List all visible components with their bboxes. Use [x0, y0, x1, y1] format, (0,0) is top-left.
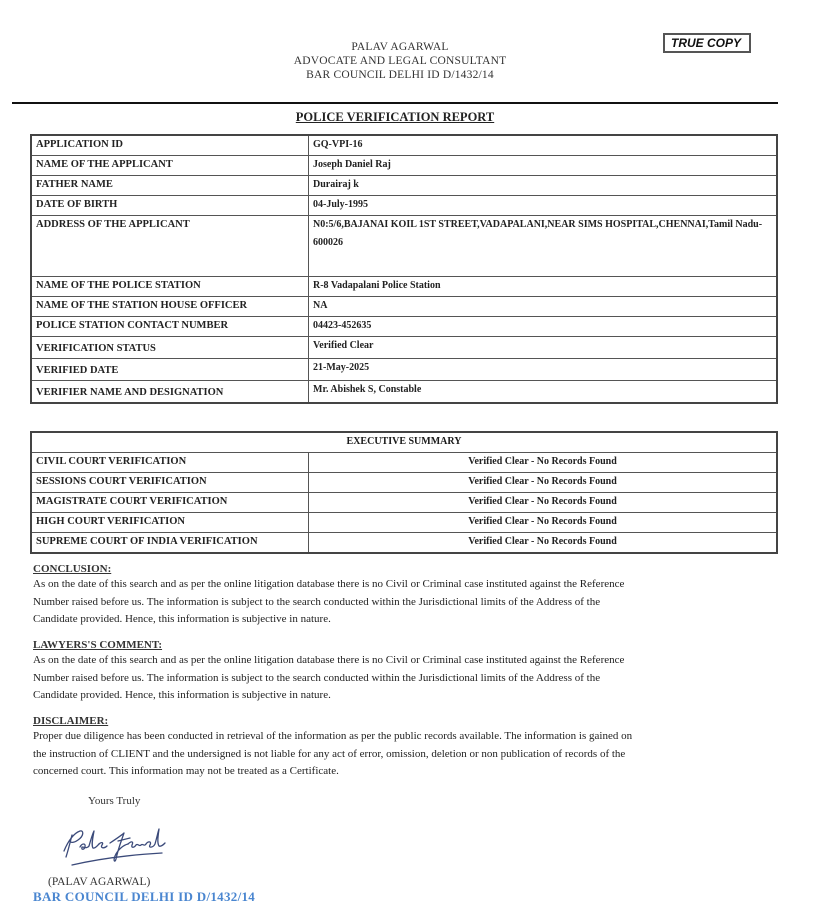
conclusion-line: As on the date of this search and as per… [33, 576, 793, 594]
table-row: SUPREME COURT OF INDIA VERIFICATIONVerif… [31, 533, 777, 554]
comment-line: As on the date of this search and as per… [33, 652, 793, 670]
row-value: Durairaj k [309, 176, 778, 196]
row-label: POLICE STATION CONTACT NUMBER [31, 317, 309, 337]
row-label: CIVIL COURT VERIFICATION [31, 453, 309, 473]
executive-summary-table: EXECUTIVE SUMMARY CIVIL COURT VERIFICATI… [30, 431, 778, 554]
row-label: VERIFICATION STATUS [31, 337, 309, 359]
row-label: VERIFIED DATE [31, 359, 309, 381]
table-row: NAME OF THE STATION HOUSE OFFICERNA [31, 297, 777, 317]
conclusion-title: CONCLUSION: [33, 562, 793, 576]
table-row: FATHER NAMEDurairaj k [31, 176, 777, 196]
row-value: Verified Clear - No Records Found [309, 473, 778, 493]
table-row: DATE OF BIRTH04-July-1995 [31, 196, 777, 216]
table-row: VERIFIED DATE21-May-2025 [31, 359, 777, 381]
letterhead-title: ADVOCATE AND LEGAL CONSULTANT [260, 54, 540, 68]
row-label: NAME OF THE STATION HOUSE OFFICER [31, 297, 309, 317]
header-divider [12, 102, 778, 104]
table-row: MAGISTRATE COURT VERIFICATIONVerified Cl… [31, 493, 777, 513]
applicant-details-table: APPLICATION IDGQ-VPI-16 NAME OF THE APPL… [30, 134, 778, 404]
conclusion-line: Number raised before us. The information… [33, 594, 793, 612]
row-value: 21-May-2025 [309, 359, 778, 381]
signatory-bar-id: BAR COUNCIL DELHI ID D/1432/14 [33, 889, 255, 905]
row-label: MAGISTRATE COURT VERIFICATION [31, 493, 309, 513]
comment-title: LAWYERS'S COMMENT: [33, 638, 793, 652]
disclaimer-title: DISCLAIMER: [33, 714, 793, 728]
table-row: SESSIONS COURT VERIFICATIONVerified Clea… [31, 473, 777, 493]
row-value: Joseph Daniel Raj [309, 156, 778, 176]
row-label: DATE OF BIRTH [31, 196, 309, 216]
disclaimer-line: concerned court. This information may no… [33, 763, 793, 781]
summary-header: EXECUTIVE SUMMARY [31, 432, 777, 453]
row-value: Verified Clear [309, 337, 778, 359]
row-label: NAME OF THE APPLICANT [31, 156, 309, 176]
row-value: GQ-VPI-16 [309, 135, 778, 156]
row-value: N0:5/6,BAJANAI KOIL 1ST STREET,VADAPALAN… [309, 216, 778, 277]
table-row: NAME OF THE POLICE STATIONR-8 Vadapalani… [31, 277, 777, 297]
row-value: 04423-452635 [309, 317, 778, 337]
row-value: Verified Clear - No Records Found [309, 493, 778, 513]
letterhead-name: PALAV AGARWAL [260, 40, 540, 54]
row-label: HIGH COURT VERIFICATION [31, 513, 309, 533]
true-copy-stamp: TRUE COPY [663, 33, 751, 53]
row-label: FATHER NAME [31, 176, 309, 196]
row-value: Verified Clear - No Records Found [309, 453, 778, 473]
table-row: CIVIL COURT VERIFICATIONVerified Clear -… [31, 453, 777, 473]
row-value: Verified Clear - No Records Found [309, 513, 778, 533]
row-value: NA [309, 297, 778, 317]
letterhead-bar-id: BAR COUNCIL DELHI ID D/1432/14 [260, 68, 540, 82]
lawyers-comment-section: LAWYERS'S COMMENT: As on the date of thi… [33, 638, 793, 705]
comment-line: Number raised before us. The information… [33, 670, 793, 688]
table-row: POLICE STATION CONTACT NUMBER04423-45263… [31, 317, 777, 337]
table-row: APPLICATION IDGQ-VPI-16 [31, 135, 777, 156]
conclusion-line: Candidate provided. Hence, this informat… [33, 611, 793, 629]
summary-header-row: EXECUTIVE SUMMARY [31, 432, 777, 453]
row-label: ADDRESS OF THE APPLICANT [31, 216, 309, 277]
table-row: HIGH COURT VERIFICATIONVerified Clear - … [31, 513, 777, 533]
row-label: VERIFIER NAME AND DESIGNATION [31, 381, 309, 404]
row-label: SESSIONS COURT VERIFICATION [31, 473, 309, 493]
conclusion-section: CONCLUSION: As on the date of this searc… [33, 562, 793, 629]
signatory-name: (PALAV AGARWAL) [48, 876, 150, 888]
table-row: VERIFIER NAME AND DESIGNATIONMr. Abishek… [31, 381, 777, 404]
row-label: NAME OF THE POLICE STATION [31, 277, 309, 297]
row-value: Mr. Abishek S, Constable [309, 381, 778, 404]
letterhead: PALAV AGARWAL ADVOCATE AND LEGAL CONSULT… [260, 40, 540, 82]
disclaimer-section: DISCLAIMER: Proper due diligence has bee… [33, 714, 793, 781]
row-value: 04-July-1995 [309, 196, 778, 216]
signature-icon [58, 823, 178, 873]
disclaimer-line: the instruction of CLIENT and the unders… [33, 746, 793, 764]
table-row: VERIFICATION STATUSVerified Clear [31, 337, 777, 359]
report-title: POLICE VERIFICATION REPORT [0, 110, 790, 125]
closing-salutation: Yours Truly [88, 795, 140, 807]
row-label: SUPREME COURT OF INDIA VERIFICATION [31, 533, 309, 554]
table-row: ADDRESS OF THE APPLICANTN0:5/6,BAJANAI K… [31, 216, 777, 277]
disclaimer-line: Proper due diligence has been conducted … [33, 728, 793, 746]
row-label: APPLICATION ID [31, 135, 309, 156]
table-row: NAME OF THE APPLICANTJoseph Daniel Raj [31, 156, 777, 176]
row-value: R-8 Vadapalani Police Station [309, 277, 778, 297]
row-value: Verified Clear - No Records Found [309, 533, 778, 554]
comment-line: Candidate provided. Hence, this informat… [33, 687, 793, 705]
